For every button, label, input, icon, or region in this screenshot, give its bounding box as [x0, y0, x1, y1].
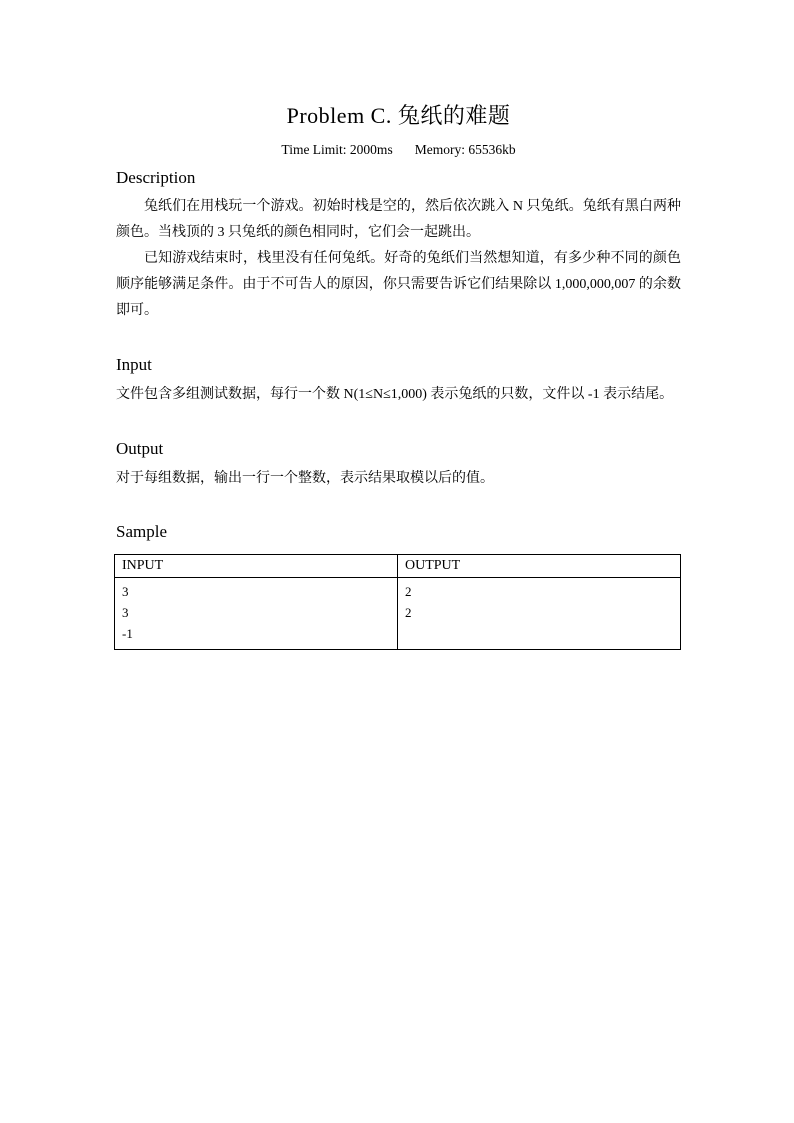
input-heading: Input — [116, 355, 681, 375]
output-body: 对于每组数据，输出一行一个整数，表示结果取模以后的值。 — [116, 466, 681, 492]
document-content: Problem C. 兔纸的难题 Time Limit: 2000msMemor… — [0, 101, 794, 650]
sample-input-line: -1 — [122, 623, 390, 644]
section-input: Input 文件包含多组测试数据，每行一个数 N(1≤N≤1,000) 表示兔纸… — [116, 355, 681, 408]
sample-output-cell: 2 2 — [398, 578, 681, 650]
sample-input-cell: 3 3 -1 — [115, 578, 398, 650]
sample-table-body: 3 3 -1 2 2 — [115, 578, 681, 650]
input-body: 文件包含多组测试数据，每行一个数 N(1≤N≤1,000) 表示兔纸的只数，文件… — [116, 382, 681, 408]
section-description: Description 兔纸们在用栈玩一个游戏。初始时栈是空的，然后依次跳入 N… — [116, 168, 681, 324]
description-heading: Description — [116, 168, 681, 188]
sample-input-line: 3 — [122, 581, 390, 602]
sample-output-line: 2 — [405, 602, 673, 623]
output-heading: Output — [116, 439, 681, 459]
sample-table-head: INPUT OUTPUT — [115, 555, 681, 578]
description-paragraph-1: 兔纸们在用栈玩一个游戏。初始时栈是空的，然后依次跳入 N 只兔纸。兔纸有黑白两种… — [116, 194, 681, 246]
sample-heading: Sample — [116, 522, 681, 542]
sample-table-header-input: INPUT — [115, 555, 398, 578]
sample-table-header-output: OUTPUT — [398, 555, 681, 578]
description-paragraph-2: 已知游戏结束时，栈里没有任何兔纸。好奇的兔纸们当然想知道，有多少种不同的颜色顺序… — [116, 246, 681, 324]
problem-title: Problem C. 兔纸的难题 — [116, 101, 681, 131]
sample-table-header-row: INPUT OUTPUT — [115, 555, 681, 578]
time-limit-label: Time Limit: 2000ms — [281, 142, 392, 157]
document-page: Problem C. 兔纸的难题 Time Limit: 2000msMemor… — [0, 0, 794, 1123]
description-body: 兔纸们在用栈玩一个游戏。初始时栈是空的，然后依次跳入 N 只兔纸。兔纸有黑白两种… — [116, 194, 681, 324]
sample-input-line: 3 — [122, 602, 390, 623]
sample-output-line: 2 — [405, 581, 673, 602]
problem-meta: Time Limit: 2000msMemory: 65536kb — [116, 142, 681, 158]
section-output: Output 对于每组数据，输出一行一个整数，表示结果取模以后的值。 — [116, 439, 681, 492]
memory-limit-label: Memory: 65536kb — [415, 142, 516, 157]
sample-table: INPUT OUTPUT 3 3 -1 2 2 — [114, 554, 681, 650]
sample-table-data-row: 3 3 -1 2 2 — [115, 578, 681, 650]
section-sample: Sample INPUT OUTPUT 3 3 -1 — [116, 522, 681, 650]
